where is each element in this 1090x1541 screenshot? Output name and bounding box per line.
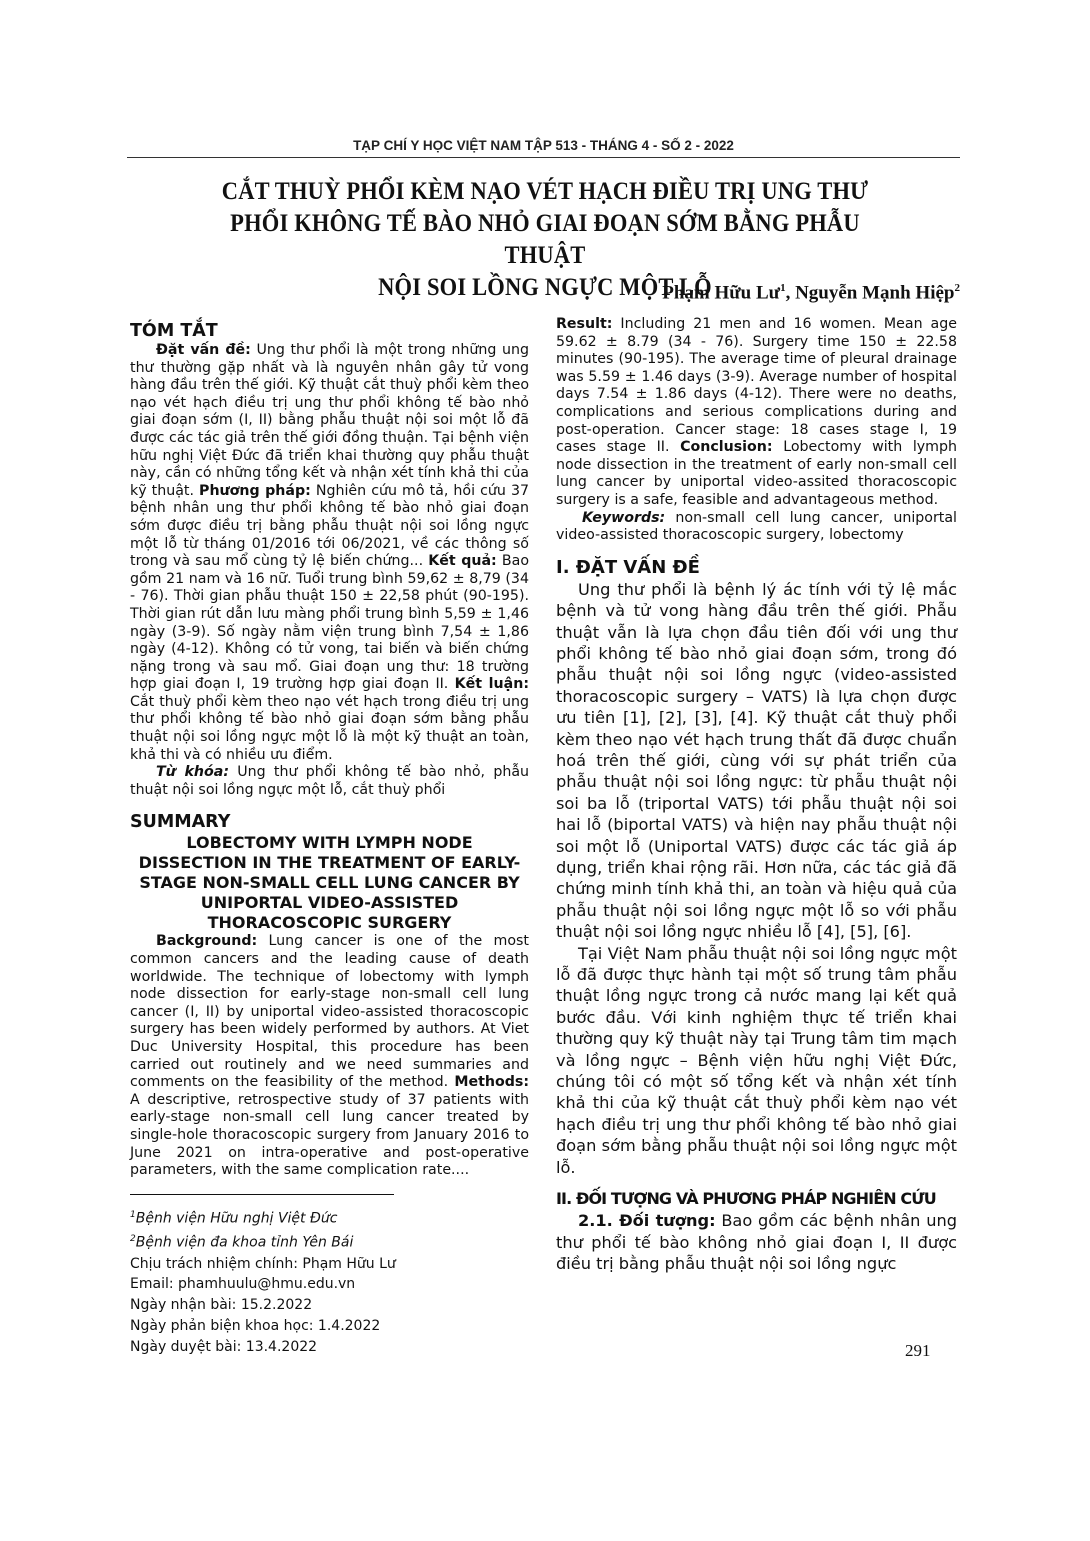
results-text: Bao gồm 21 nam và 16 nữ. Tuổi trung bình… (130, 553, 529, 692)
section-2-body: 2.1. Đối tượng: Bao gồm các bệnh nhân un… (556, 1210, 957, 1274)
author-name: Nguyễn Mạnh Hiệp (795, 282, 954, 303)
running-header: TẠP CHÍ Y HỌC VIỆT NAM TẬP 513 - THÁNG 4… (127, 138, 960, 153)
title-line: PHỔI KHÔNG TẾ BÀO NHỎ GIAI ĐOẠN SỚM BẰNG… (190, 208, 901, 272)
abstract-vi-body: Đặt vấn đề: Ung thư phổi là một trong nh… (130, 342, 529, 764)
affiliation-mark: 2 (955, 282, 961, 294)
result-text: Including 21 men and 16 women. Mean age … (556, 316, 957, 455)
result-label: Result: (556, 316, 612, 332)
journal-page: TẠP CHÍ Y HỌC VIỆT NAM TẬP 513 - THÁNG 4… (0, 0, 1090, 1541)
section-1-body: Ung thư phổi là bệnh lý ác tính với tỷ l… (556, 579, 957, 1178)
section-1-heading: I. ĐẶT VẤN ĐỀ (556, 557, 957, 579)
conclusion-label: Conclusion: (680, 439, 772, 455)
methods-label: Methods: (454, 1074, 529, 1090)
keywords-vi: Từ khóa: Ung thư phổi không tế bào nhỏ, … (130, 764, 529, 799)
summary-body: Background: Lung cancer is one of the mo… (130, 933, 529, 1179)
background-label: Background: (156, 933, 257, 949)
keywords-label: Keywords: (582, 510, 665, 526)
summary-heading: SUMMARY (130, 811, 529, 833)
paragraph: Tại Việt Nam phẫu thuật nội soi lồng ngự… (556, 943, 957, 1178)
date-reviewed: Ngày phản biện khoa học: 1.4.2022 (130, 1316, 529, 1337)
background-text: Ung thư phổi là một trong những ung thư … (130, 342, 529, 499)
footnote-divider (130, 1194, 394, 1195)
summary-title: LOBECTOMY WITH LYMPH NODE DISSECTION IN … (130, 833, 529, 933)
date-received: Ngày nhận bài: 15.2.2022 (130, 1295, 529, 1316)
methods-text: A descriptive, retrospective study of 37… (130, 1092, 529, 1178)
keywords-en: Keywords: non-small cell lung cancer, un… (556, 510, 957, 545)
affiliation-text: Bệnh viện Hữu nghị Việt Đức (136, 1210, 338, 1226)
abstract-vi-heading: TÓM TẮT (130, 320, 529, 342)
summary-body-cont: Result: Including 21 men and 16 women. M… (556, 316, 957, 510)
paragraph: Ung thư phổi là bệnh lý ác tính với tỷ l… (556, 579, 957, 943)
conclusion-label: Kết luận: (455, 676, 529, 692)
affiliation-text: Bệnh viện đa khoa tỉnh Yên Bái (136, 1235, 354, 1251)
corresponding-author: Chịu trách nhiệm chính: Phạm Hữu Lư (130, 1254, 529, 1275)
left-column: TÓM TẮT Đặt vấn đề: Ung thư phổi là một … (130, 320, 529, 1358)
page-number: 291 (905, 1341, 931, 1361)
results-label: Kết quả: (428, 553, 497, 569)
affiliation-2: 2Bệnh viện đa khoa tỉnh Yên Bái (130, 1229, 529, 1253)
header-divider (127, 157, 960, 158)
section-2-heading: II. ĐỐI TƯỢNG VÀ PHƯƠNG PHÁP NGHIÊN CỨU (556, 1188, 957, 1210)
date-accepted: Ngày duyệt bài: 13.4.2022 (130, 1337, 529, 1358)
conclusion-text: Cắt thuỳ phổi kèm theo nạo vét hạch tron… (130, 694, 529, 763)
author-name: Phạm Hữu Lư (662, 282, 780, 303)
keywords-label: Từ khóa: (156, 764, 229, 780)
right-column: Result: Result: Including 21 men and 16 … (556, 316, 957, 1274)
footnotes: 1Bệnh viện Hữu nghị Việt Đức 2Bệnh viện … (130, 1205, 529, 1358)
author-list: Phạm Hữu Lư1, Nguyễn Mạnh Hiệp2 (662, 282, 960, 304)
title-line: CẮT THUỲ PHỔI KÈM NẠO VÉT HẠCH ĐIỀU TRỊ … (190, 176, 901, 208)
background-label: Đặt vấn đề: (156, 342, 251, 358)
email: Email: phamhuulu@hmu.edu.vn (130, 1274, 529, 1295)
author-separator: , (786, 282, 796, 303)
methods-label: Phương pháp: (199, 483, 311, 499)
subsection-label: 2.1. Đối tượng: (578, 1211, 716, 1230)
background-text: Lung cancer is one of the most common ca… (130, 933, 529, 1090)
affiliation-1: 1Bệnh viện Hữu nghị Việt Đức (130, 1205, 529, 1229)
